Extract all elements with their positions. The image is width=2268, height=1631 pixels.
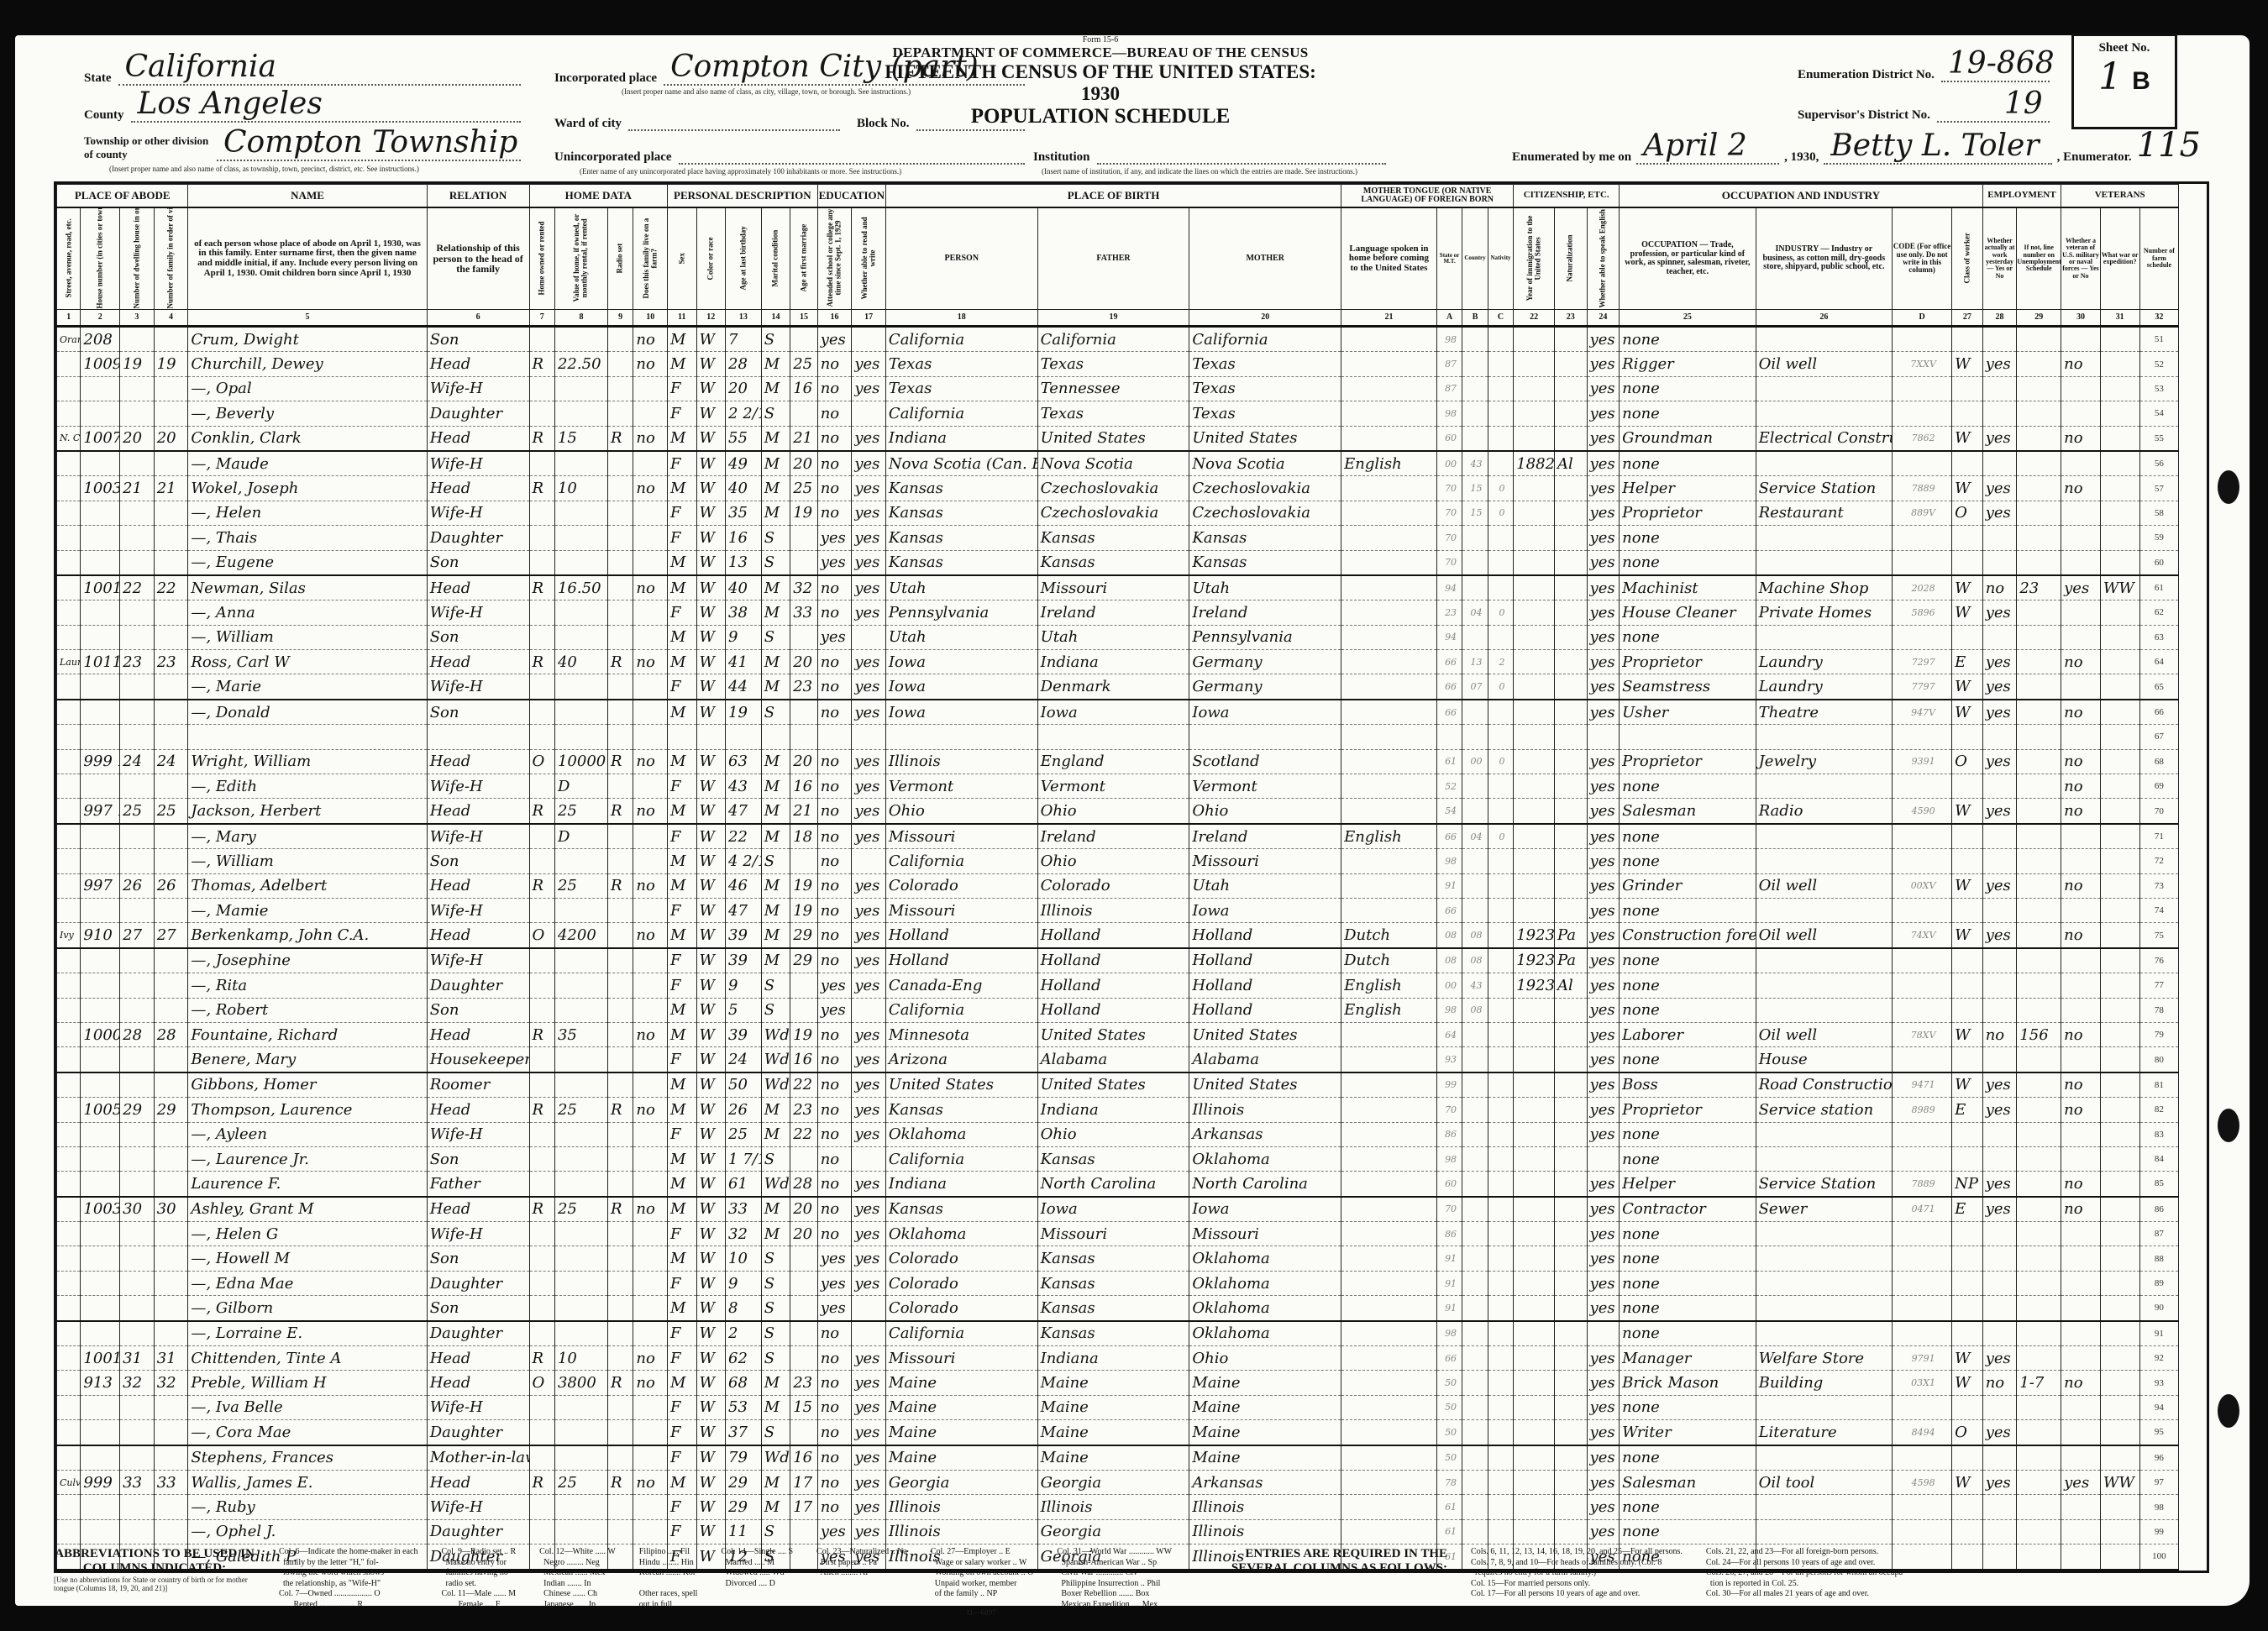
table-row: 10033030Ashley, Grant MHeadR25RnoMW33M20… [57,1197,2207,1222]
cell-eng: yes [1587,700,1620,725]
col-naturalization: Naturalization [1554,207,1587,310]
cell-occupation: none [1620,1296,1756,1321]
table-row: 997 1/22525Jackson, HerbertHeadR25RnoMW4… [57,799,2207,824]
cell-eng: yes [1587,327,1620,352]
cell-industry [1756,849,1892,873]
col-war: What war or expedition? [2100,207,2139,310]
cell-pob: Indiana [885,1172,1037,1197]
cell-value [554,1072,607,1098]
cell-vet [2061,1420,2101,1445]
line-number: 68 [2139,749,2179,774]
cell-imm: 1923 [1514,948,1555,973]
group-citizenship: CITIZENSHIP, ETC. [1514,185,1620,208]
cell-tongue [1341,1172,1437,1197]
print-code: 11—6897 [966,1608,996,1617]
cell-unemp [2017,376,2061,401]
cell-dwelling [120,401,155,426]
cell-farm [633,725,668,749]
table-row: 9972626Thomas, AdelbertHeadR25RnoMW46M19… [57,873,2207,898]
cell-read: yes [852,1072,886,1098]
cell-occupation: Seamstress [1620,674,1756,700]
cell-relation: Son [427,700,529,725]
cell-pob: Kansas [885,476,1037,501]
cell-race: W [696,650,726,674]
cell-value: 4200 [554,923,607,948]
cell-marital: M [761,674,790,700]
cell-radio [607,824,633,849]
cell-age: 53 [726,1395,762,1419]
cell-read: yes [852,1395,886,1419]
cell-tongue [1341,1420,1437,1445]
cell-relation: Daughter [427,973,529,998]
cell-imm [1514,1246,1555,1271]
cell-relation: Head [427,873,529,898]
cell-house [81,526,120,550]
cell-unemp: 23 [2017,575,2061,600]
cell-school: no [817,849,852,873]
cell-value [554,1296,607,1321]
cell-war [2100,1445,2139,1471]
line-number: 94 [2139,1395,2179,1419]
cell-dwelling: 19 [120,352,155,376]
cell-age-marr [790,1321,818,1346]
cell-school: no [817,476,852,501]
cell-code-d [1893,1519,1952,1544]
cell-sex: F [668,824,697,849]
cell-nat [1554,526,1587,550]
col-occupation: OCCUPATION — Trade, profession, or parti… [1620,207,1756,310]
cell-occupation: Proprietor [1620,501,1756,525]
cell-farm: no [633,1470,668,1494]
cell-read: yes [852,948,886,973]
table-row: —, WilliamSonMW9SyesUtahUtahPennsylvania… [57,625,2207,649]
cell-pob: Ohio [885,799,1037,824]
cell-relation: Head [427,1346,529,1371]
cell-nat [1554,1246,1587,1271]
cell-pob-mother: Pennsylvania [1189,625,1341,649]
cell-code-b [1462,1395,1488,1419]
cell-code-a: 23 [1436,600,1462,625]
cell-pob-father: Illinois [1037,898,1189,922]
cell-marital: M [761,749,790,774]
cell-family [154,700,188,725]
cell-farm [633,948,668,973]
cell-code-a: 54 [1436,799,1462,824]
cell-code-c [1488,1395,1513,1419]
cell-race: W [696,1420,726,1445]
cell-age: 39 [726,923,762,948]
cell-age-marr [790,1246,818,1271]
cell-vet [2061,501,2101,525]
binder-hole [2218,470,2239,504]
cell-pob-father: Iowa [1037,700,1189,725]
table-row: —, JosephineWife-HFW39M29noyesHollandHol… [57,948,2207,973]
cell-pob-father: Alabama [1037,1047,1189,1072]
cell-pob: California [885,1146,1037,1171]
cell-age: 55 [726,426,762,451]
cell-name: —, Opal [188,376,427,401]
cell-work: no [1982,575,2017,600]
cell-code-c [1488,575,1513,600]
cell-code-a: 08 [1436,948,1462,973]
cell-read: yes [852,352,886,376]
cell-pob: Utah [885,575,1037,600]
cell-code-c [1488,1495,1513,1519]
cell-house [81,1519,120,1544]
cell-age: 29 [726,1495,762,1519]
cell-eng: yes [1587,426,1620,451]
cell-race: W [696,973,726,998]
cell-radio [607,401,633,426]
cell-race: W [696,327,726,352]
cell-war [2100,1321,2139,1346]
cell-sex: M [668,1072,697,1098]
cell-house [81,849,120,873]
cell-work: yes [1982,799,2017,824]
line-number: 81 [2139,1072,2179,1098]
cell-school: no [817,1122,852,1146]
cell-race: W [696,1445,726,1471]
cell-value: 16.50 [554,575,607,600]
cell-war [2100,1172,2139,1197]
cell-eng: yes [1587,650,1620,674]
cell-code-d: 947V [1893,700,1952,725]
cell-radio [607,1047,633,1072]
cell-read: yes [852,575,886,600]
cell-value [554,998,607,1022]
line-number: 71 [2139,824,2179,849]
colnum: 24 [1587,310,1620,327]
cell-age: 4 2/12 [726,849,762,873]
cell-pob: Colorado [885,1271,1037,1295]
cell-nat [1554,575,1587,600]
cell-eng: yes [1587,1122,1620,1146]
cell-family [154,1146,188,1171]
enumeration-year: , 1930, [1784,150,1819,165]
cell-dwelling: 31 [120,1346,155,1371]
cell-house [81,1072,120,1098]
cell-farm: no [633,426,668,451]
cell-marital: S [761,849,790,873]
line-number: 87 [2139,1222,2179,1246]
cell-owned: R [529,1346,554,1371]
cell-street [57,1246,81,1271]
cell-school: no [817,451,852,476]
cell-pob-father: Kansas [1037,1296,1189,1321]
cell-school: no [817,1098,852,1122]
cell-code-c: 0 [1488,501,1513,525]
cell-code-a: 60 [1436,426,1462,451]
cell-value [554,1222,607,1246]
cell-read: yes [852,1470,886,1494]
cell-unemp: 156 [2017,1022,2061,1046]
cell-vet [2061,1296,2101,1321]
cell-farm [633,1047,668,1072]
cell-occupation: none [1620,526,1756,550]
cell-farm [633,973,668,998]
cell-industry [1756,774,1892,799]
cell-dwelling [120,1146,155,1171]
cell-vet: no [2061,1098,2101,1122]
cell-pob-father: Ohio [1037,1122,1189,1146]
cell-house [81,1296,120,1321]
cell-pob: Missouri [885,1346,1037,1371]
cell-nat [1554,650,1587,674]
cell-house: 1001 [81,575,120,600]
cell-name: Fountaine, Richard [188,1022,427,1046]
cell-vet [2061,625,2101,649]
cell-pob-father: Texas [1037,401,1189,426]
cell-age: 41 [726,650,762,674]
cell-age: 50 [726,1072,762,1098]
cell-age-marr: 23 [790,1098,818,1122]
cell-war [2100,1072,2139,1098]
cell-imm [1514,650,1555,674]
col-house-number: House number (in cities or towns) [81,207,120,310]
cell-dwelling [120,1222,155,1246]
cell-relation: Daughter [427,526,529,550]
cell-code-c [1488,1246,1513,1271]
col-home-value: Value of home, if owned, or monthly rent… [554,207,607,310]
cell-farm [633,600,668,625]
cell-radio [607,550,633,575]
group-occupation-industry: OCCUPATION AND INDUSTRY [1620,185,1983,208]
cell-eng [1587,725,1620,749]
cell-age: 2 2/12 [726,401,762,426]
cell-owned: O [529,749,554,774]
cell-imm [1514,1098,1555,1122]
cell-read [852,725,886,749]
enumerator-name: Betty L. Toler [1830,128,2039,163]
table-row: Benere, MaryHousekeeperFW24Wd16noyesAriz… [57,1047,2207,1072]
col-dwelling-number: Number of dwelling house in order of vis… [120,207,155,310]
cell-imm [1514,625,1555,649]
table-row: —, Laurence Jr.SonMW1 7/12SnoCaliforniaK… [57,1146,2207,1171]
cell-sex: F [668,774,697,799]
cell-street: Culver [57,1470,81,1494]
cell-sex: M [668,575,697,600]
cell-house [81,625,120,649]
cell-relation: Wife-H [427,1495,529,1519]
cell-imm [1514,1047,1555,1072]
line-number: 93 [2139,1371,2179,1395]
cell-pob-father: Iowa [1037,1197,1189,1222]
cell-relation: Wife-H [427,948,529,973]
cell-tongue [1341,1072,1437,1098]
cell-code-a: 70 [1436,501,1462,525]
cell-occupation: none [1620,1495,1756,1519]
cell-code-b [1462,1197,1488,1222]
cell-pob-mother: Oklahoma [1189,1246,1341,1271]
cell-pob-father: United States [1037,426,1189,451]
cell-marital: Wd [761,1022,790,1046]
cell-name: —, Mamie [188,898,427,922]
cell-read: yes [852,674,886,700]
cell-read: yes [852,1371,886,1395]
col-unemployment-line: If not, line number on Unemployment Sche… [2017,207,2061,310]
cell-marital: Wd [761,1445,790,1471]
cell-tongue: English [1341,451,1437,476]
cell-imm [1514,824,1555,849]
cell-family [154,1495,188,1519]
cell-pob-father: Kansas [1037,1146,1189,1171]
cell-house: 999 1/2 [81,749,120,774]
cell-marital: S [761,1271,790,1295]
cell-race: W [696,1296,726,1321]
cell-farm [633,824,668,849]
cell-class: E [1952,1098,1983,1122]
cell-work [1982,1222,2017,1246]
cell-age: 9 [726,973,762,998]
cell-code-d: 7XXV [1893,352,1952,376]
cell-school: no [817,1346,852,1371]
cell-dwelling [120,1122,155,1146]
cell-nat [1554,1470,1587,1494]
colnum: 26 [1756,310,1892,327]
cell-name: Wallis, James E. [188,1470,427,1494]
cell-school: no [817,1197,852,1222]
cell-sex: M [668,1172,697,1197]
cell-nat [1554,898,1587,922]
cell-eng: yes [1587,501,1620,525]
cell-unemp [2017,1098,2061,1122]
cell-age-marr: 17 [790,1495,818,1519]
cell-unemp [2017,749,2061,774]
cell-family: 33 [154,1470,188,1494]
cell-sex: F [668,674,697,700]
abbr-col23: Col. 23—Naturalized .. Na First papers .… [816,1547,907,1597]
cell-code-a: 98 [1436,849,1462,873]
cell-marital: M [761,1495,790,1519]
cell-family: 28 [154,1022,188,1046]
cell-vet [2061,725,2101,749]
cell-radio [607,451,633,476]
cell-name: Chittenden, Tinte A [188,1346,427,1371]
cell-pob: Utah [885,625,1037,649]
cell-tongue [1341,1371,1437,1395]
col-street: Street, avenue, road, etc. [57,207,81,310]
col-code-state: State or M.T. [1436,207,1462,310]
cell-age-marr [790,849,818,873]
cell-read: yes [852,749,886,774]
cell-family [154,625,188,649]
cell-work [1982,948,2017,973]
line-number: 84 [2139,1146,2179,1171]
cell-house: 999 [81,1470,120,1494]
cell-relation: Wife-H [427,376,529,401]
cell-pob-father [1037,725,1189,749]
cell-class: E [1952,650,1983,674]
cell-farm [633,501,668,525]
cell-industry: Oil well [1756,352,1892,376]
cell-pob: Kansas [885,550,1037,575]
cell-unemp [2017,1296,2061,1321]
cell-code-b [1462,1371,1488,1395]
table-row: —, HelenWife-HFW35M19noyesKansasCzechosl… [57,501,2207,525]
cell-age-marr: 22 [790,1122,818,1146]
cell-occupation: Writer [1620,1420,1756,1445]
cell-owned [529,1222,554,1246]
cell-age: 9 [726,625,762,649]
cell-family [154,376,188,401]
cell-house: 910 [81,923,120,948]
cell-war [2100,376,2139,401]
cell-nat [1554,401,1587,426]
supervisor-district-label: Supervisor's District No. [1798,108,1930,123]
cell-marital: S [761,998,790,1022]
cell-read: yes [852,1022,886,1046]
col-farm-schedule: Number of farm schedule [2139,207,2179,310]
cell-pob-father: Maine [1037,1445,1189,1471]
cell-radio [607,526,633,550]
cell-name: —, Anna [188,600,427,625]
cell-tongue [1341,749,1437,774]
cell-industry [1756,1519,1892,1544]
cell-sex: F [668,526,697,550]
cell-value [554,674,607,700]
cell-pob-mother: Oklahoma [1189,1271,1341,1295]
cell-code-c [1488,849,1513,873]
cell-industry: Electrical Construction [1756,426,1892,451]
cell-class [1952,1246,1983,1271]
cell-street [57,1047,81,1072]
col-code-nativity: Nativity [1488,207,1513,310]
cell-dwelling [120,998,155,1022]
cell-imm [1514,1172,1555,1197]
cell-relation: Daughter [427,1519,529,1544]
cell-code-d [1893,1296,1952,1321]
cell-marital: S [761,1146,790,1171]
cell-read: yes [852,1420,886,1445]
cell-dwelling [120,1321,155,1346]
cell-street [57,1072,81,1098]
col-age-first-marriage: Age at first marriage [790,207,818,310]
cell-imm [1514,1146,1555,1171]
cell-farm [633,998,668,1022]
cell-unemp [2017,1445,2061,1471]
cell-pob-mother: Holland [1189,973,1341,998]
cell-school: no [817,352,852,376]
cell-school: no [817,650,852,674]
cell-nat [1554,1495,1587,1519]
cell-age-marr [790,1296,818,1321]
line-number: 97 [2139,1470,2179,1494]
cell-class [1952,1519,1983,1544]
table-row: —, Howell MSonMW10SyesyesColoradoKansasO… [57,1246,2207,1271]
cell-dwelling [120,1296,155,1321]
cell-industry: Private Homes [1756,600,1892,625]
cell-class: W [1952,476,1983,501]
cell-pob: Illinois [885,749,1037,774]
cell-name: —, Ophel J. [188,1519,427,1544]
cell-unemp [2017,1222,2061,1246]
cell-code-c [1488,426,1513,451]
cell-value [554,1271,607,1295]
cell-name: Wright, William [188,749,427,774]
cell-pob-father: Vermont [1037,774,1189,799]
cell-code-a: 66 [1436,650,1462,674]
cell-name: —, Eugene [188,550,427,575]
group-employment: EMPLOYMENT [1982,185,2061,208]
colnum: 10 [633,310,668,327]
cell-school: no [817,1222,852,1246]
cell-owned [529,1146,554,1171]
cell-code-d [1893,824,1952,849]
cell-dwelling: 30 [120,1197,155,1222]
cell-code-b [1462,1495,1488,1519]
cell-code-b [1462,849,1488,873]
cell-value [554,550,607,575]
